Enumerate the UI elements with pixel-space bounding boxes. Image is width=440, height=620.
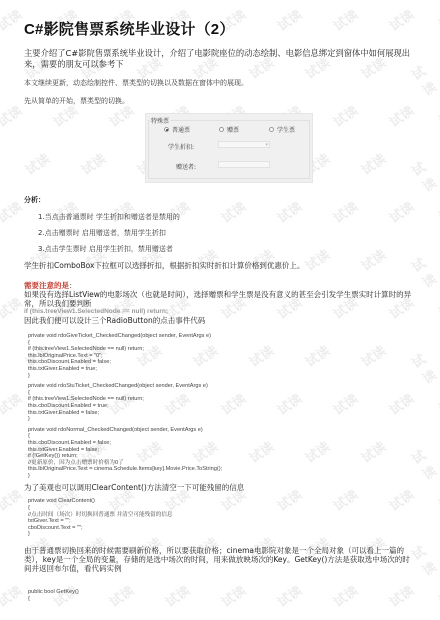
start-paragraph: 先从简单的开始，票类型的切换。: [24, 97, 414, 106]
note-label: 需要注意的是: [24, 281, 69, 290]
code-block-clear-content: private void ClearContent() { //点击时间（场次）…: [24, 498, 414, 538]
form-screenshot: 特殊票 普通票 赠票 学生票 学生折扣: ▾ 赠送者:: [44, 113, 414, 183]
document-page: C#影院售票系统毕业设计（2） 主要介绍了C#影院售票系统毕业设计，介绍了电影院…: [0, 0, 440, 602]
code-block-stu-ticket: private void rdoStuTicket_CheckedChanged…: [24, 383, 414, 423]
discount-combobox[interactable]: ▾: [218, 141, 270, 148]
radio-checked-icon: [164, 127, 169, 132]
ticket-type-panel: 特殊票 普通票 赠票 学生票 学生折扣: ▾ 赠送者:: [145, 113, 313, 183]
radio-student-ticket[interactable]: 学生票: [269, 125, 295, 134]
discount-label: 学生折扣:: [168, 142, 194, 151]
key-note: 由于普通票切换回来的时候需要刷新价格，所以要获取价格；cinema电影院对象是一…: [24, 546, 414, 573]
note-heading: 需要注意的是：: [24, 281, 414, 290]
code-block-getkey: public bool GetKey() {: [24, 589, 414, 602]
group-label: 特殊票: [150, 116, 170, 125]
article-summary: 主要介绍了C#影院售票系统毕业设计，介绍了电影院座位的动态绘制、电影信息绑定到窗…: [24, 48, 414, 70]
intro-paragraph: 本文继续更新，动态绘制控件、票类型的切换以及数据在窗体中的展现。: [24, 79, 414, 88]
note-after: 因此我们便可以设计三个RadioButton的点击事件代码: [24, 316, 414, 325]
radio-normal-ticket[interactable]: 普通票: [164, 125, 190, 134]
chevron-down-icon: ▾: [265, 142, 268, 148]
analysis-item: 2.点击赠票时 启用赠送者，禁用学生折扣: [38, 229, 414, 237]
combo-note: 学生折扣ComboBox下拉框可以选择折扣，根据折扣实时折扣计算价格到优惠价上。: [24, 261, 414, 270]
note-text: 如果没有选择ListView的电影场次（也就是时间），选择赠票和学生票是没有意义…: [24, 290, 414, 308]
analysis-item: 1.当点击普通票时 学生折扣和赠送者是禁用的: [38, 213, 414, 221]
radio-gift-ticket[interactable]: 赠票: [219, 125, 239, 134]
giver-label: 赠送者:: [176, 162, 196, 171]
radio-unchecked-icon: [219, 127, 224, 132]
page-title: C#影院售票系统毕业设计（2）: [24, 0, 414, 39]
radio-unchecked-icon: [269, 127, 274, 132]
giver-input[interactable]: [218, 161, 270, 168]
code-block-normal: private void rdoNormal_CheckedChanged(ob…: [24, 427, 414, 480]
code-block-give-ticket: private void rdoGiveTicket_CheckedChange…: [24, 333, 414, 379]
analysis-item: 3.点击学生票时 启用学生折扣，禁用赠送者: [38, 245, 414, 253]
clear-note: 为了美观也可以调用ClearContent()方法清空一下可能残留的信息: [24, 483, 414, 492]
analysis-title: 分析：: [24, 195, 414, 205]
inline-code: if (this.treeView1.SelectedNode == null)…: [24, 308, 414, 316]
